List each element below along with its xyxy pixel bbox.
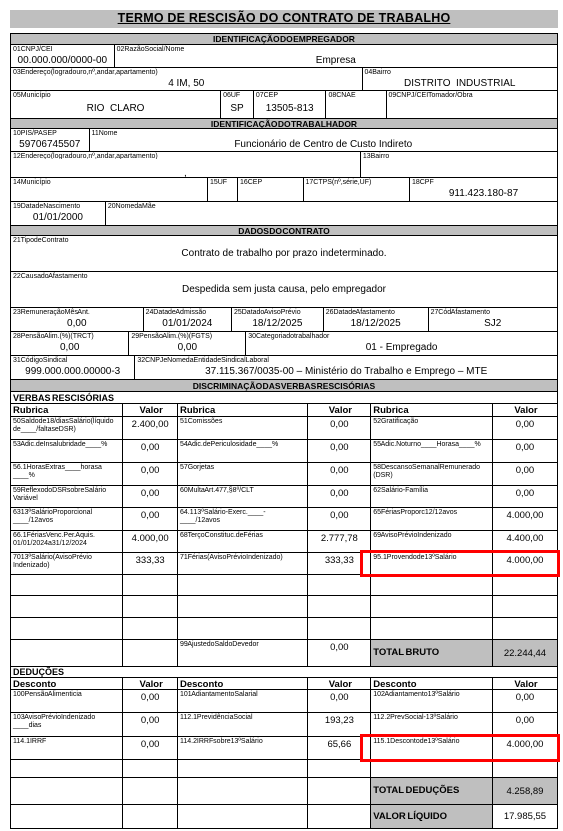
deducoes-table-cell-3-2: 114.2 IRRF sobre 13º Salário: [177, 737, 307, 759]
field-23-remuneracao-mes-ant: 23 Remuneração Mês Ant. 0,00: [11, 308, 143, 331]
verbas-table-cell-3-2: 57 Gorjetas: [177, 463, 307, 485]
deducoes-table-cell-4-2: [177, 760, 307, 777]
deducoes-table-cell-5-0: [11, 778, 122, 804]
deducoes-table-cell-1-5: 0,00: [492, 690, 557, 712]
deducoes-table-cell-2-2: 112.1 Previdência Social: [177, 713, 307, 736]
field-label: 11 Nome: [90, 129, 557, 138]
verbas-table-cell-6-5: 4.400,00: [492, 531, 557, 552]
deducoes-table-cell-0-1: Valor: [122, 678, 177, 689]
field-label: 26 Data de Afastamento: [324, 308, 428, 317]
field-label: 10 PIS/PASEP: [11, 129, 89, 138]
verbas-table-cell-9-0: [11, 596, 122, 617]
field-value: 0,00: [11, 342, 128, 353]
deducoes-table-row-2: 103 Aviso Prévio Indenizado ____dias0,00…: [10, 713, 558, 737]
verbas-table-cell-0-1: Valor: [122, 404, 177, 416]
verbas-table-cell-11-4: TOTAL BRUTO: [370, 640, 492, 666]
verbas-table-cell-11-2: 99 Ajuste do Saldo Devedor: [177, 640, 307, 666]
field-28-pensao-trct: 28 Pensão Alim. (%) (TRCT) 0,00: [11, 332, 128, 355]
deducoes-table-cell-4-3: [307, 760, 370, 777]
field-value: 01/01/2024: [144, 318, 231, 329]
verbas-table-row-1: 50 Saldo de 18/dias Salário (líquido de …: [10, 417, 558, 440]
deducoes-table-cell-4-4: [370, 760, 492, 777]
field-value: 4 IM, 50: [11, 78, 362, 89]
deducoes-table-cell-1-3: 0,00: [307, 690, 370, 712]
verbas-table-cell-1-3: 0,00: [307, 417, 370, 439]
deducoes-table-cell-6-0: [11, 805, 122, 828]
verbas-table-cell-7-3: 333,33: [307, 553, 370, 574]
verbas-table-cell-5-4: 65 Férias Proporc 12/12avos: [370, 508, 492, 530]
deducoes-table-cell-6-1: [122, 805, 177, 828]
verbas-table-cell-7-2: 71 Férias (Aviso Prévio Indenizado): [177, 553, 307, 574]
field-27-cod-afastamento: 27 Cód Afastamento SJ2: [428, 308, 557, 331]
verbas-table-cell-6-4: 69 Aviso Prévio Indenizado: [370, 531, 492, 552]
employer-row-3: 05 Município RIO CLARO 06 UF SP 07 CEP 1…: [10, 91, 558, 119]
field-label: 02 Razão Social/Nome: [115, 45, 557, 54]
deducoes-table-cell-3-3: 65,66: [307, 737, 370, 759]
verbas-table: RubricaValorRubricaValorRubricaValor50 S…: [10, 404, 558, 667]
contract-row-3: 23 Remuneração Mês Ant. 0,00 24 Data de …: [10, 308, 558, 332]
verbas-table-cell-10-0: [11, 618, 122, 639]
verbas-table-cell-6-0: 66.1 Férias Venc. Per. Aquis. 01/01/2024…: [11, 531, 122, 552]
verbas-table-cell-9-1: [122, 596, 177, 617]
verbas-table-cell-3-0: 56.1 Horas Extras ____ horas a ____%: [11, 463, 122, 485]
deducoes-table-cell-2-0: 103 Aviso Prévio Indenizado ____dias: [11, 713, 122, 736]
verbas-table-cell-7-4: 95.1 Provendo de 13º Salário: [370, 553, 492, 574]
verbas-table-cell-0-0: Rubrica: [11, 404, 122, 416]
field-14-municipio: 14 Município: [11, 178, 207, 201]
field-04-bairro: 04 Bairro DISTRITO INDUSTRIAL: [362, 68, 557, 90]
deducoes-table-row-6: VALOR LÍQUIDO17.985,55: [10, 805, 558, 829]
verbas-table-cell-5-1: 0,00: [122, 508, 177, 530]
field-value: 01 - Empregado: [246, 342, 557, 353]
verbas-table-row-5: 63 13º Salário Proporcional ____/12avos0…: [10, 508, 558, 531]
field-label: 24 Data de Admissão: [144, 308, 231, 317]
verbas-table-cell-10-3: [307, 618, 370, 639]
verbas-table-cell-10-1: [122, 618, 177, 639]
field-19-data-nascimento: 19 Data de Nascimento 01/01/2000: [11, 202, 105, 225]
verbas-table-row-11: 99 Ajuste do Saldo Devedor0,00TOTAL BRUT…: [10, 640, 558, 667]
field-label: 15 UF: [208, 178, 237, 187]
deducoes-table-cell-0-3: Valor: [307, 678, 370, 689]
field-label: 30 Categoria do trabalhador: [246, 332, 557, 341]
deducoes-table-cell-0-0: Desconto: [11, 678, 122, 689]
section-header-label: DISCRIMINAÇÃO DAS VERBAS RESCISÓRIAS: [193, 381, 375, 391]
verbas-table-cell-6-1: 4.000,00: [122, 531, 177, 552]
deducoes-table-row-4: [10, 760, 558, 778]
field-11-nome: 11 Nome Funcionário de Centro de Custo I…: [89, 129, 557, 151]
verbas-table-cell-5-3: 0,00: [307, 508, 370, 530]
verbas-table-cell-2-0: 53 Adic. de Insalubridade ____%: [11, 440, 122, 462]
verbas-table-cell-4-5: 0,00: [492, 486, 557, 507]
deducoes-title-row: DEDUÇÕES: [10, 667, 558, 678]
verbas-table-cell-11-1: [122, 640, 177, 666]
field-value: 59706745507: [11, 139, 89, 150]
verbas-table-cell-9-4: [370, 596, 492, 617]
verbas-table-cell-2-3: 0,00: [307, 440, 370, 462]
deducoes-table-cell-2-5: 0,00: [492, 713, 557, 736]
verbas-table-cell-3-3: 0,00: [307, 463, 370, 485]
field-26-data-afastamento: 26 Data de Afastamento 18/12/2025: [323, 308, 428, 331]
employer-row-2: 03 Endereço(logradouro, nº, andar, apart…: [10, 68, 558, 91]
trct-form-document: TERMO DE RESCISÃO DO CONTRATO DE TRABALH…: [10, 10, 558, 829]
field-15-uf: 15 UF: [207, 178, 237, 201]
deducoes-table-cell-3-1: 0,00: [122, 737, 177, 759]
deducoes-table-cell-3-0: 114.1 IRRF: [11, 737, 122, 759]
verbas-table-cell-10-4: [370, 618, 492, 639]
verbas-table-cell-5-0: 63 13º Salário Proporcional ____/12avos: [11, 508, 122, 530]
verbas-table-cell-1-0: 50 Saldo de 18/dias Salário (líquido de …: [11, 417, 122, 439]
verbas-table-cell-7-5: 4.000,00: [492, 553, 557, 574]
field-17-ctps: 17 CTPS(nº, série, UF): [303, 178, 409, 201]
field-02-razao-social: 02 Razão Social/Nome Empresa: [114, 45, 557, 67]
verbas-table-cell-6-2: 68 Terço Constituc. de Férias: [177, 531, 307, 552]
field-label: 13 Bairro: [361, 152, 557, 161]
verbas-table-row-2: 53 Adic. de Insalubridade ____%0,0054 Ad…: [10, 440, 558, 463]
field-value: 00.000.000/0000-00: [11, 55, 114, 66]
verbas-table-cell-2-1: 0,00: [122, 440, 177, 462]
verbas-table-cell-10-2: [177, 618, 307, 639]
verbas-table-cell-9-5: [492, 596, 557, 617]
deducoes-table-cell-5-2: [177, 778, 307, 804]
worker-row-1: 10 PIS/PASEP 59706745507 11 Nome Funcion…: [10, 129, 558, 152]
field-label: 22 Causa do Afastamento: [11, 272, 557, 281]
field-value: Contrato de trabalho por prazo indetermi…: [11, 248, 557, 259]
field-07-cep: 07 CEP 13505-813: [253, 91, 326, 118]
verbas-table-cell-8-0: [11, 575, 122, 595]
verbas-table-cell-1-4: 52 Gratificação: [370, 417, 492, 439]
field-08-cnae: 08 CNAE: [325, 91, 385, 118]
verbas-table-cell-4-3: 0,00: [307, 486, 370, 507]
deducoes-table-cell-0-2: Desconto: [177, 678, 307, 689]
verbas-table-cell-11-0: [11, 640, 122, 666]
deducoes-table-cell-6-2: [177, 805, 307, 828]
verbas-table-cell-4-2: 60 Multa Art. 477, §8º/CLT: [177, 486, 307, 507]
verbas-table-cell-0-4: Rubrica: [370, 404, 492, 416]
field-label: 19 Data de Nascimento: [11, 202, 105, 211]
field-value: 999.000.000.00000-3: [11, 366, 134, 377]
section-header-discriminacao: DISCRIMINAÇÃO DAS VERBAS RESCISÓRIAS: [10, 380, 558, 392]
field-12-endereco: 12 Endereço(logradouro, nº, andar, apart…: [11, 152, 360, 177]
section-header-label: DADOS DO CONTRATO: [238, 226, 330, 236]
verbas-table-cell-4-0: 59 Reflexo do DSR sobre Salário Variável: [11, 486, 122, 507]
contract-row-5: 31 Código Sindical 999.000.000.00000-3 3…: [10, 356, 558, 380]
verbas-title-row: VERBAS RESCISÓRIAS: [10, 392, 558, 404]
field-10-pis-pasep: 10 PIS/PASEP 59706745507: [11, 129, 89, 151]
field-label: 07 CEP: [254, 91, 326, 100]
field-label: 01 CNPJ/CEI: [11, 45, 114, 54]
verbas-table-row-10: [10, 618, 558, 640]
field-31-codigo-sindical: 31 Código Sindical 999.000.000.00000-3: [11, 356, 134, 379]
deducoes-title-label: DEDUÇÕES: [13, 667, 64, 677]
field-label: 05 Município: [11, 91, 220, 100]
worker-row-3: 14 Município 15 UF 16 CEP 17 CTPS(nº, sé…: [10, 178, 558, 202]
deducoes-table-cell-1-1: 0,00: [122, 690, 177, 712]
verbas-table-row-4: 59 Reflexo do DSR sobre Salário Variável…: [10, 486, 558, 508]
deducoes-table-cell-5-3: [307, 778, 370, 804]
verbas-table-row-8: [10, 575, 558, 596]
verbas-title-label: VERBAS RESCISÓRIAS: [13, 393, 114, 403]
field-value: 0,00: [129, 342, 245, 353]
deducoes-table-cell-5-1: [122, 778, 177, 804]
field-16-cep: 16 CEP: [237, 178, 303, 201]
verbas-table-cell-6-3: 2.777,78: [307, 531, 370, 552]
verbas-table-cell-5-2: 64.1 13º Salário-Exerc. ____ - ____/12av…: [177, 508, 307, 530]
field-value: 0,00: [11, 318, 143, 329]
field-label: 20 Nome da Mãe: [106, 202, 557, 211]
deducoes-table-cell-4-1: [122, 760, 177, 777]
worker-row-2: 12 Endereço(logradouro, nº, andar, apart…: [10, 152, 558, 178]
worker-row-4: 19 Data de Nascimento 01/01/2000 20 Nome…: [10, 202, 558, 226]
deducoes-table-row-1: 100 Pensão Alimenticia0,00101 Adiantamen…: [10, 690, 558, 713]
verbas-table-row-9: [10, 596, 558, 618]
field-label: 09 CNPJ/CEI Tomador/Obra: [387, 91, 557, 100]
verbas-table-cell-1-5: 0,00: [492, 417, 557, 439]
deducoes-table-cell-4-5: [492, 760, 557, 777]
deducoes-table-cell-2-4: 112.2 Prev Social - 13º Salário: [370, 713, 492, 736]
verbas-table-cell-7-0: 70 13º Salário (Aviso Prévio Indenizado): [11, 553, 122, 574]
employer-row-1: 01 CNPJ/CEI 00.000.000/0000-00 02 Razão …: [10, 45, 558, 68]
field-value: Empresa: [115, 55, 557, 66]
verbas-table-cell-8-3: [307, 575, 370, 595]
field-label: 23 Remuneração Mês Ant.: [11, 308, 143, 317]
verbas-table-cell-2-5: 0,00: [492, 440, 557, 462]
field-value: 911.423.180-87: [410, 188, 557, 199]
contract-row-2: 22 Causa do Afastamento Despedida sem ju…: [10, 272, 558, 308]
field-label: 31 Código Sindical: [11, 356, 134, 365]
verbas-table-cell-0-2: Rubrica: [177, 404, 307, 416]
field-label: 06 UF: [221, 91, 253, 100]
verbas-table-cell-2-2: 54 Adic. de Periculosidade ____%: [177, 440, 307, 462]
field-label: 29 Pensão Alim. (%) (FGTS): [129, 332, 245, 341]
deducoes-table-row-5: TOTAL DEDUÇÕES4.258,89: [10, 778, 558, 805]
section-header-contrato: DADOS DO CONTRATO: [10, 226, 558, 236]
verbas-table-cell-4-1: 0,00: [122, 486, 177, 507]
section-header-trabalhador: IDENTIFICAÇÃO DO TRABALHADOR: [10, 119, 558, 129]
field-18-cpf: 18 CPF 911.423.180-87: [409, 178, 557, 201]
verbas-table-cell-0-3: Valor: [307, 404, 370, 416]
verbas-table-row-0: RubricaValorRubricaValorRubricaValor: [10, 404, 558, 417]
verbas-table-cell-10-5: [492, 618, 557, 639]
verbas-table-cell-11-3: 0,00: [307, 640, 370, 666]
verbas-table-cell-8-4: [370, 575, 492, 595]
field-label: 25 Data do Aviso Prévio: [232, 308, 323, 317]
contract-row-4: 28 Pensão Alim. (%) (TRCT) 0,00 29 Pensã…: [10, 332, 558, 356]
verbas-table-cell-9-3: [307, 596, 370, 617]
verbas-table-cell-0-5: Valor: [492, 404, 557, 416]
field-value: 37.115.367/0035-00 – Ministério do Traba…: [135, 366, 557, 377]
verbas-table-cell-8-5: [492, 575, 557, 595]
verbas-table-cell-1-1: 2.400,00: [122, 417, 177, 439]
deducoes-table-row-3: 114.1 IRRF0,00114.2 IRRF sobre 13º Salár…: [10, 737, 558, 760]
field-label: 28 Pensão Alim. (%) (TRCT): [11, 332, 128, 341]
field-label: 27 Cód Afastamento: [429, 308, 557, 317]
field-label: 14 Município: [11, 178, 207, 187]
field-label: 17 CTPS(nº, série, UF): [304, 178, 409, 187]
field-value: SJ2: [429, 318, 557, 329]
field-21-tipo-contrato: 21 Tipo de Contrato Contrato de trabalho…: [11, 236, 557, 271]
field-label: 12 Endereço(logradouro, nº, andar, apart…: [11, 152, 360, 159]
field-22-causa-afastamento: 22 Causa do Afastamento Despedida sem ju…: [11, 272, 557, 307]
deducoes-table-cell-0-5: Valor: [492, 678, 557, 689]
field-09-cnpj-tomador: 09 CNPJ/CEI Tomador/Obra: [386, 91, 557, 118]
field-value: DISTRITO INDUSTRIAL: [363, 78, 557, 89]
deducoes-table-cell-2-1: 0,00: [122, 713, 177, 736]
field-label: 08 CNAE: [326, 91, 385, 100]
field-value: Funcionário de Centro de Custo Indireto: [90, 139, 557, 150]
field-30-categoria: 30 Categoria do trabalhador 01 - Emprega…: [245, 332, 557, 355]
verbas-table-row-7: 70 13º Salário (Aviso Prévio Indenizado)…: [10, 553, 558, 575]
verbas-table-cell-11-5: 22.244,44: [492, 640, 557, 666]
field-20-nome-mae: 20 Nome da Mãe: [105, 202, 557, 225]
field-value: 18/12/2025: [232, 318, 323, 329]
verbas-table-cell-9-2: [177, 596, 307, 617]
field-29-pensao-fgts: 29 Pensão Alim. (%) (FGTS) 0,00: [128, 332, 245, 355]
field-label: 04 Bairro: [363, 68, 557, 77]
section-header-label: IDENTIFICAÇÃO DO EMPREGADOR: [213, 34, 355, 44]
field-value: ,: [11, 168, 360, 177]
field-label: 16 CEP: [238, 178, 303, 187]
field-label: 21 Tipo de Contrato: [11, 236, 557, 245]
field-value: RIO CLARO: [11, 103, 220, 114]
verbas-table-cell-1-2: 51 Comissões: [177, 417, 307, 439]
verbas-table-cell-8-1: [122, 575, 177, 595]
deducoes-table-cell-1-2: 101 Adiantamento Salarial: [177, 690, 307, 712]
field-label: 32 CNPJ e Nome da Entidade Sindical Labo…: [135, 356, 557, 365]
verbas-table-cell-8-2: [177, 575, 307, 595]
field-05-municipio: 05 Município RIO CLARO: [11, 91, 220, 118]
deducoes-table-cell-1-0: 100 Pensão Alimenticia: [11, 690, 122, 712]
verbas-table-row-6: 66.1 Férias Venc. Per. Aquis. 01/01/2024…: [10, 531, 558, 553]
deducoes-table-cell-6-4: VALOR LÍQUIDO: [370, 805, 492, 828]
verbas-table-row-3: 56.1 Horas Extras ____ horas a ____%0,00…: [10, 463, 558, 486]
verbas-table-cell-3-5: 0,00: [492, 463, 557, 485]
verbas-table-cell-2-4: 55 Adic. Noturno ____ Horas a ____%: [370, 440, 492, 462]
verbas-table-cell-3-4: 58 Descanso Semanal Remunerado (DSR): [370, 463, 492, 485]
deducoes-table-cell-3-5: 4.000,00: [492, 737, 557, 759]
field-label: 18 CPF: [410, 178, 557, 187]
field-06-uf: 06 UF SP: [220, 91, 253, 118]
deducoes-table-cell-5-4: TOTAL DEDUÇÕES: [370, 778, 492, 804]
document-title: TERMO DE RESCISÃO DO CONTRATO DE TRABALH…: [10, 10, 558, 28]
verbas-table-cell-3-1: 0,00: [122, 463, 177, 485]
verbas-table-cell-4-4: 62 Salário-Família: [370, 486, 492, 507]
verbas-table-cell-7-1: 333,33: [122, 553, 177, 574]
deducoes-table-cell-4-0: [11, 760, 122, 777]
section-header-empregador: IDENTIFICAÇÃO DO EMPREGADOR: [10, 33, 558, 45]
field-value: 18/12/2025: [324, 318, 428, 329]
verbas-table-cell-5-5: 4.000,00: [492, 508, 557, 530]
field-01-cnpj-cei: 01 CNPJ/CEI 00.000.000/0000-00: [11, 45, 114, 67]
field-32-entidade-sindical: 32 CNPJ e Nome da Entidade Sindical Labo…: [134, 356, 557, 379]
field-24-data-admissao: 24 Data de Admissão 01/01/2024: [143, 308, 231, 331]
deducoes-table-cell-2-3: 193,23: [307, 713, 370, 736]
field-value: SP: [221, 103, 253, 114]
field-value: 13505-813: [254, 103, 326, 114]
deducoes-table: DescontoValorDescontoValorDescontoValor1…: [10, 678, 558, 829]
field-03-endereco: 03 Endereço(logradouro, nº, andar, apart…: [11, 68, 362, 90]
field-25-data-aviso-previo: 25 Data do Aviso Prévio 18/12/2025: [231, 308, 323, 331]
contract-row-1: 21 Tipo de Contrato Contrato de trabalho…: [10, 236, 558, 272]
deducoes-table-cell-6-5: 17.985,55: [492, 805, 557, 828]
deducoes-table-cell-6-3: [307, 805, 370, 828]
deducoes-table-cell-0-4: Desconto: [370, 678, 492, 689]
field-value: 01/01/2000: [11, 212, 105, 223]
deducoes-table-row-0: DescontoValorDescontoValorDescontoValor: [10, 678, 558, 690]
deducoes-table-cell-1-4: 102 Adiantamento 13º Salário: [370, 690, 492, 712]
field-value: Despedida sem justa causa, pelo empregad…: [11, 284, 557, 295]
deducoes-table-cell-5-5: 4.258,89: [492, 778, 557, 804]
field-label: 03 Endereço(logradouro, nº, andar, apart…: [11, 68, 362, 77]
section-header-label: IDENTIFICAÇÃO DO TRABALHADOR: [211, 119, 357, 129]
field-13-bairro: 13 Bairro: [360, 152, 557, 177]
deducoes-table-cell-3-4: 115.1 Desconto de 13º Salário: [370, 737, 492, 759]
